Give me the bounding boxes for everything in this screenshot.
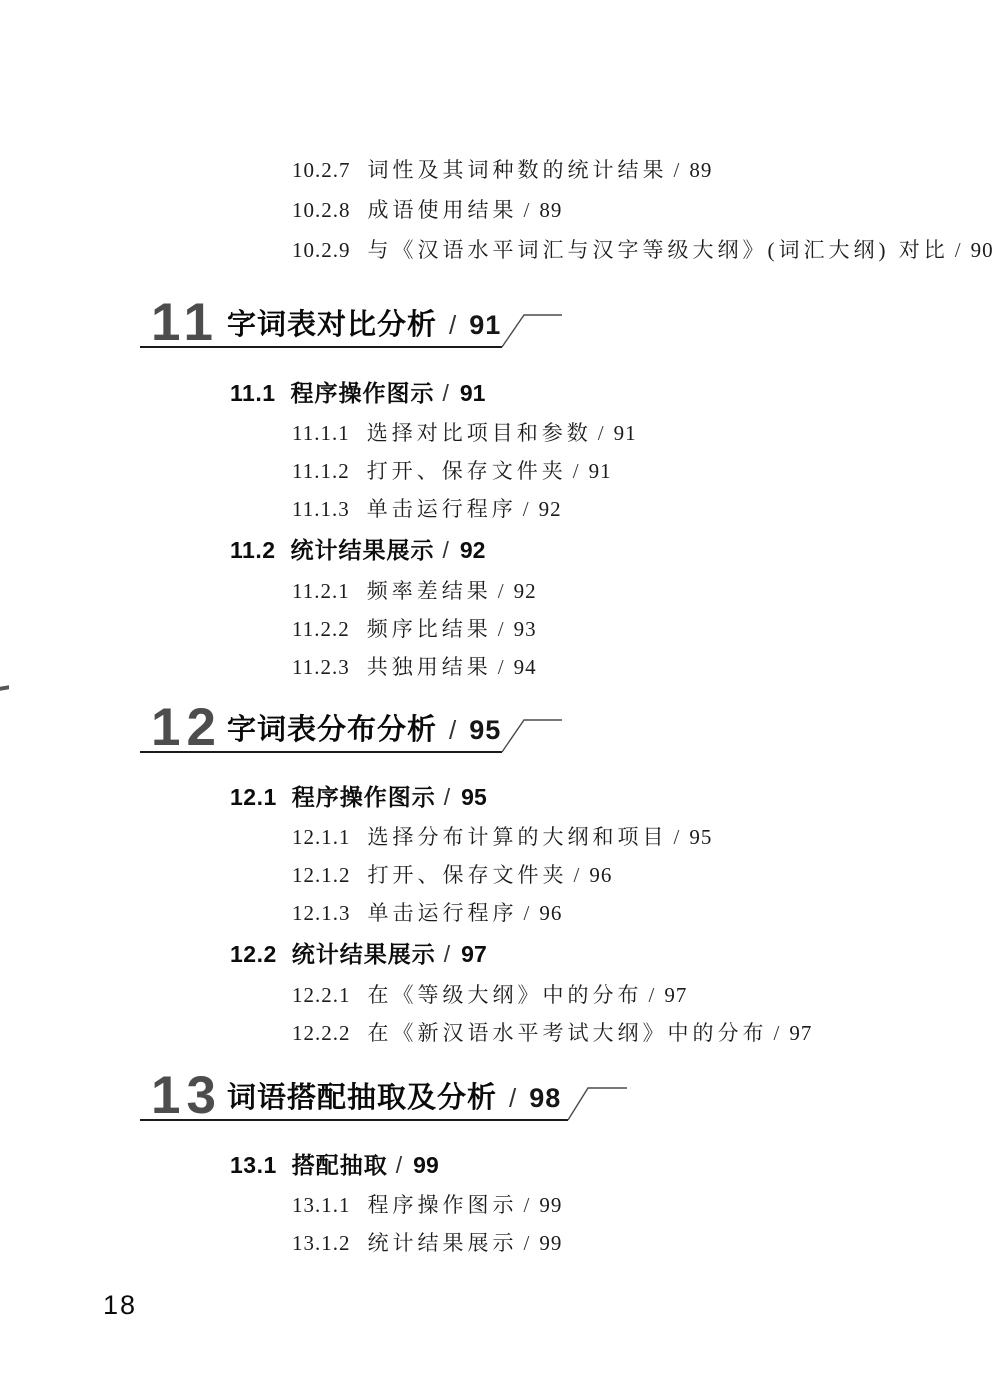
entry-number: 12.2.1 [292, 983, 351, 1007]
entry-page: 92 [539, 497, 562, 521]
section-row: 12.2统计结果展示/97 [230, 932, 812, 976]
scan-artifact [0, 685, 9, 691]
entry-number: 13.1.1 [292, 1193, 351, 1217]
entry-number: 10.2.9 [292, 238, 351, 262]
toc-entry: 12.1.2打开、保存文件夹/96 [292, 856, 812, 894]
entry-page: 89 [539, 198, 562, 222]
entry-page: 92 [514, 579, 537, 603]
toc-entry: 12.1.1选择分布计算的大纲和项目/95 [292, 818, 812, 856]
entry-page: 94 [514, 655, 537, 679]
toc-entry: 12.2.1在《等级大纲》中的分布/97 [292, 976, 812, 1014]
toc-entry: 11.2.3共独用结果/94 [292, 648, 637, 686]
entry-number: 11.1.1 [292, 421, 350, 445]
chapter-13-body: 13.1搭配抽取/99 13.1.1程序操作图示/99 13.1.2统计结果展示… [230, 1144, 562, 1262]
slash-separator: / [523, 497, 529, 521]
section-title: 程序操作图示 [292, 784, 436, 810]
slash-separator: / [443, 380, 449, 406]
entry-page: 91 [589, 459, 612, 483]
slash-separator: / [649, 983, 655, 1007]
toc-entry: 13.1.2统计结果展示/99 [292, 1224, 562, 1262]
slash-separator: / [524, 198, 530, 222]
entry-number: 12.1.2 [292, 863, 351, 887]
entry-number: 12.1.3 [292, 901, 351, 925]
toc-entry: 12.2.2在《新汉语水平考试大纲》中的分布/97 [292, 1014, 812, 1052]
entry-number: 11.2.2 [292, 617, 350, 641]
entry-number: 10.2.8 [292, 198, 351, 222]
entry-title: 频序比结果 [367, 617, 492, 641]
toc-entry: 13.1.1程序操作图示/99 [292, 1186, 562, 1224]
slash-separator: / [498, 579, 504, 603]
toc-entry: 11.2.1频率差结果/92 [292, 572, 637, 610]
section-title: 搭配抽取 [292, 1152, 388, 1178]
entry-page: 90 [971, 238, 994, 262]
entry-title: 打开、保存文件夹 [368, 863, 568, 887]
entry-title: 在《新汉语水平考试大纲》中的分布 [368, 1021, 768, 1045]
entry-number: 13.1.2 [292, 1231, 351, 1255]
entry-page: 89 [689, 158, 712, 182]
section-number: 12.2 [230, 941, 277, 967]
entry-number: 11.2.3 [292, 655, 350, 679]
slash-separator: / [444, 784, 450, 810]
slash-separator: / [674, 158, 680, 182]
entry-title: 选择分布计算的大纲和项目 [368, 825, 668, 849]
entry-title: 频率差结果 [367, 579, 492, 603]
page-number: 18 [103, 1290, 137, 1321]
toc-entry: 11.1.2打开、保存文件夹/91 [292, 452, 637, 490]
slash-separator: / [573, 459, 579, 483]
chapter-flag-decoration [0, 1082, 700, 1124]
section-row: 12.1程序操作图示/95 [230, 776, 812, 818]
section-page: 92 [460, 537, 486, 563]
entry-page: 99 [539, 1231, 562, 1255]
entry-title: 选择对比项目和参数 [367, 421, 592, 445]
entry-title: 统计结果展示 [368, 1231, 518, 1255]
slash-separator: / [674, 825, 680, 849]
slash-separator: / [524, 1193, 530, 1217]
section-title: 统计结果展示 [291, 537, 435, 563]
slash-separator: / [498, 617, 504, 641]
toc-entry: 10.2.8成语使用结果/89 [292, 190, 994, 230]
section-number: 12.1 [230, 784, 277, 810]
entry-number: 11.2.1 [292, 579, 350, 603]
slash-separator: / [524, 1231, 530, 1255]
entry-number: 12.2.2 [292, 1021, 351, 1045]
section-row: 11.1程序操作图示/91 [230, 372, 637, 414]
entry-title: 词性及其词种数的统计结果 [368, 158, 668, 182]
chapter-11-body: 11.1程序操作图示/91 11.1.1选择对比项目和参数/91 11.1.2打… [230, 372, 637, 686]
entry-page: 91 [614, 421, 637, 445]
section-number: 11.1 [230, 380, 276, 406]
slash-separator: / [443, 537, 449, 563]
section-title: 程序操作图示 [291, 380, 435, 406]
section-page: 95 [461, 784, 487, 810]
toc-entry: 12.1.3单击运行程序/96 [292, 894, 812, 932]
leading-entries: 10.2.7词性及其词种数的统计结果/89 10.2.8成语使用结果/89 10… [292, 150, 994, 270]
slash-separator: / [524, 901, 530, 925]
section-number: 13.1 [230, 1152, 277, 1178]
entry-title: 共独用结果 [367, 655, 492, 679]
entry-page: 96 [589, 863, 612, 887]
section-number: 11.2 [230, 537, 276, 563]
section-row: 11.2统计结果展示/92 [230, 528, 637, 572]
section-page: 97 [461, 941, 487, 967]
entry-title: 单击运行程序 [368, 901, 518, 925]
slash-separator: / [774, 1021, 780, 1045]
chapter-12-body: 12.1程序操作图示/95 12.1.1选择分布计算的大纲和项目/95 12.1… [230, 776, 812, 1052]
toc-entry: 11.2.2频序比结果/93 [292, 610, 637, 648]
entry-page: 97 [789, 1021, 812, 1045]
entry-number: 12.1.1 [292, 825, 351, 849]
entry-page: 97 [664, 983, 687, 1007]
toc-entry: 10.2.7词性及其词种数的统计结果/89 [292, 150, 994, 190]
entry-page: 99 [539, 1193, 562, 1217]
section-row: 13.1搭配抽取/99 [230, 1144, 562, 1186]
toc-entry: 11.1.1选择对比项目和参数/91 [292, 414, 637, 452]
entry-title: 单击运行程序 [367, 497, 517, 521]
entry-title: 在《等级大纲》中的分布 [368, 983, 643, 1007]
slash-separator: / [498, 655, 504, 679]
toc-entry: 10.2.9与《汉语水平词汇与汉字等级大纲》(词汇大纲) 对比/90 [292, 230, 994, 270]
entry-title: 成语使用结果 [368, 198, 518, 222]
toc-entry: 11.1.3单击运行程序/92 [292, 490, 637, 528]
entry-title: 与《汉语水平词汇与汉字等级大纲》(词汇大纲) 对比 [368, 238, 949, 262]
slash-separator: / [574, 863, 580, 887]
slash-separator: / [396, 1152, 402, 1178]
section-title: 统计结果展示 [292, 941, 436, 967]
entry-number: 11.1.3 [292, 497, 350, 521]
entry-page: 96 [539, 901, 562, 925]
chapter-flag-decoration [0, 309, 700, 351]
entry-title: 打开、保存文件夹 [367, 459, 567, 483]
entry-number: 10.2.7 [292, 158, 351, 182]
entry-number: 11.1.2 [292, 459, 350, 483]
chapter-flag-decoration [0, 714, 700, 756]
slash-separator: / [955, 238, 961, 262]
entry-title: 程序操作图示 [368, 1193, 518, 1217]
slash-separator: / [598, 421, 604, 445]
slash-separator: / [444, 941, 450, 967]
entry-page: 95 [689, 825, 712, 849]
section-page: 99 [413, 1152, 439, 1178]
section-page: 91 [460, 380, 486, 406]
entry-page: 93 [514, 617, 537, 641]
